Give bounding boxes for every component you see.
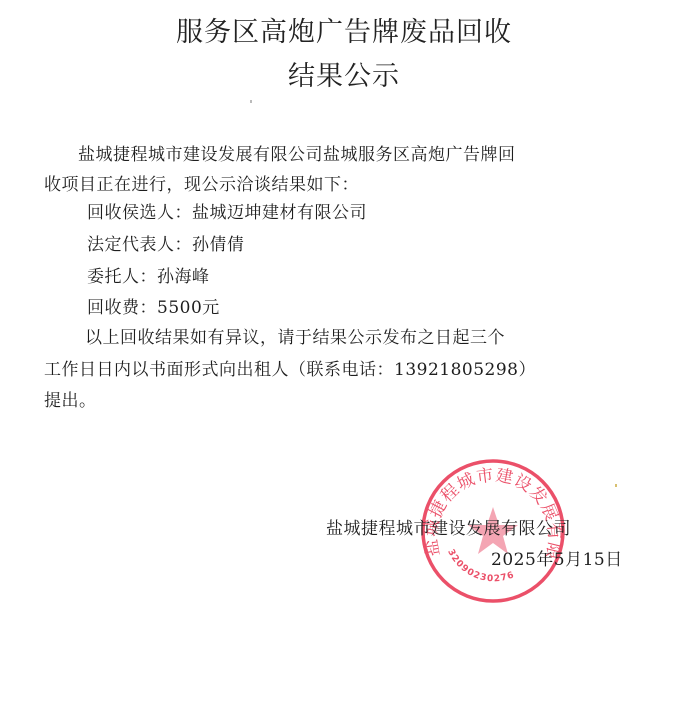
scan-speck <box>250 100 252 103</box>
signature-company: 盐城捷程城市建设发展有限公司 <box>326 514 571 539</box>
intro-line-1: 盐城捷程城市建设发展有限公司盐城服务区高炮广告牌回 <box>78 140 516 170</box>
fee-line: 回收费：5500元 <box>87 293 220 323</box>
title-line-1: 服务区高炮广告牌废品回收 <box>0 10 688 49</box>
intro-line-2: 收项目正在进行，现公示洽谈结果如下： <box>44 170 359 200</box>
candidate-line: 回收侯选人：盐城迈坤建材有限公司 <box>87 198 367 228</box>
legal-rep-line: 法定代表人：孙倩倩 <box>87 230 245 260</box>
agent-line: 委托人：孙海峰 <box>87 262 210 292</box>
signature-date: 2025年5月15日 <box>491 545 623 570</box>
notice-line-3: 提出。 <box>44 386 97 416</box>
notice-line-2: 工作日日内以书面形式向出租人（联系电话：13921805298） <box>44 355 536 385</box>
title-line-2: 结果公示 <box>0 54 688 93</box>
notice-line-1: 以上回收结果如有异议，请于结果公示发布之日起三个 <box>85 323 505 353</box>
scan-speck <box>615 484 617 487</box>
